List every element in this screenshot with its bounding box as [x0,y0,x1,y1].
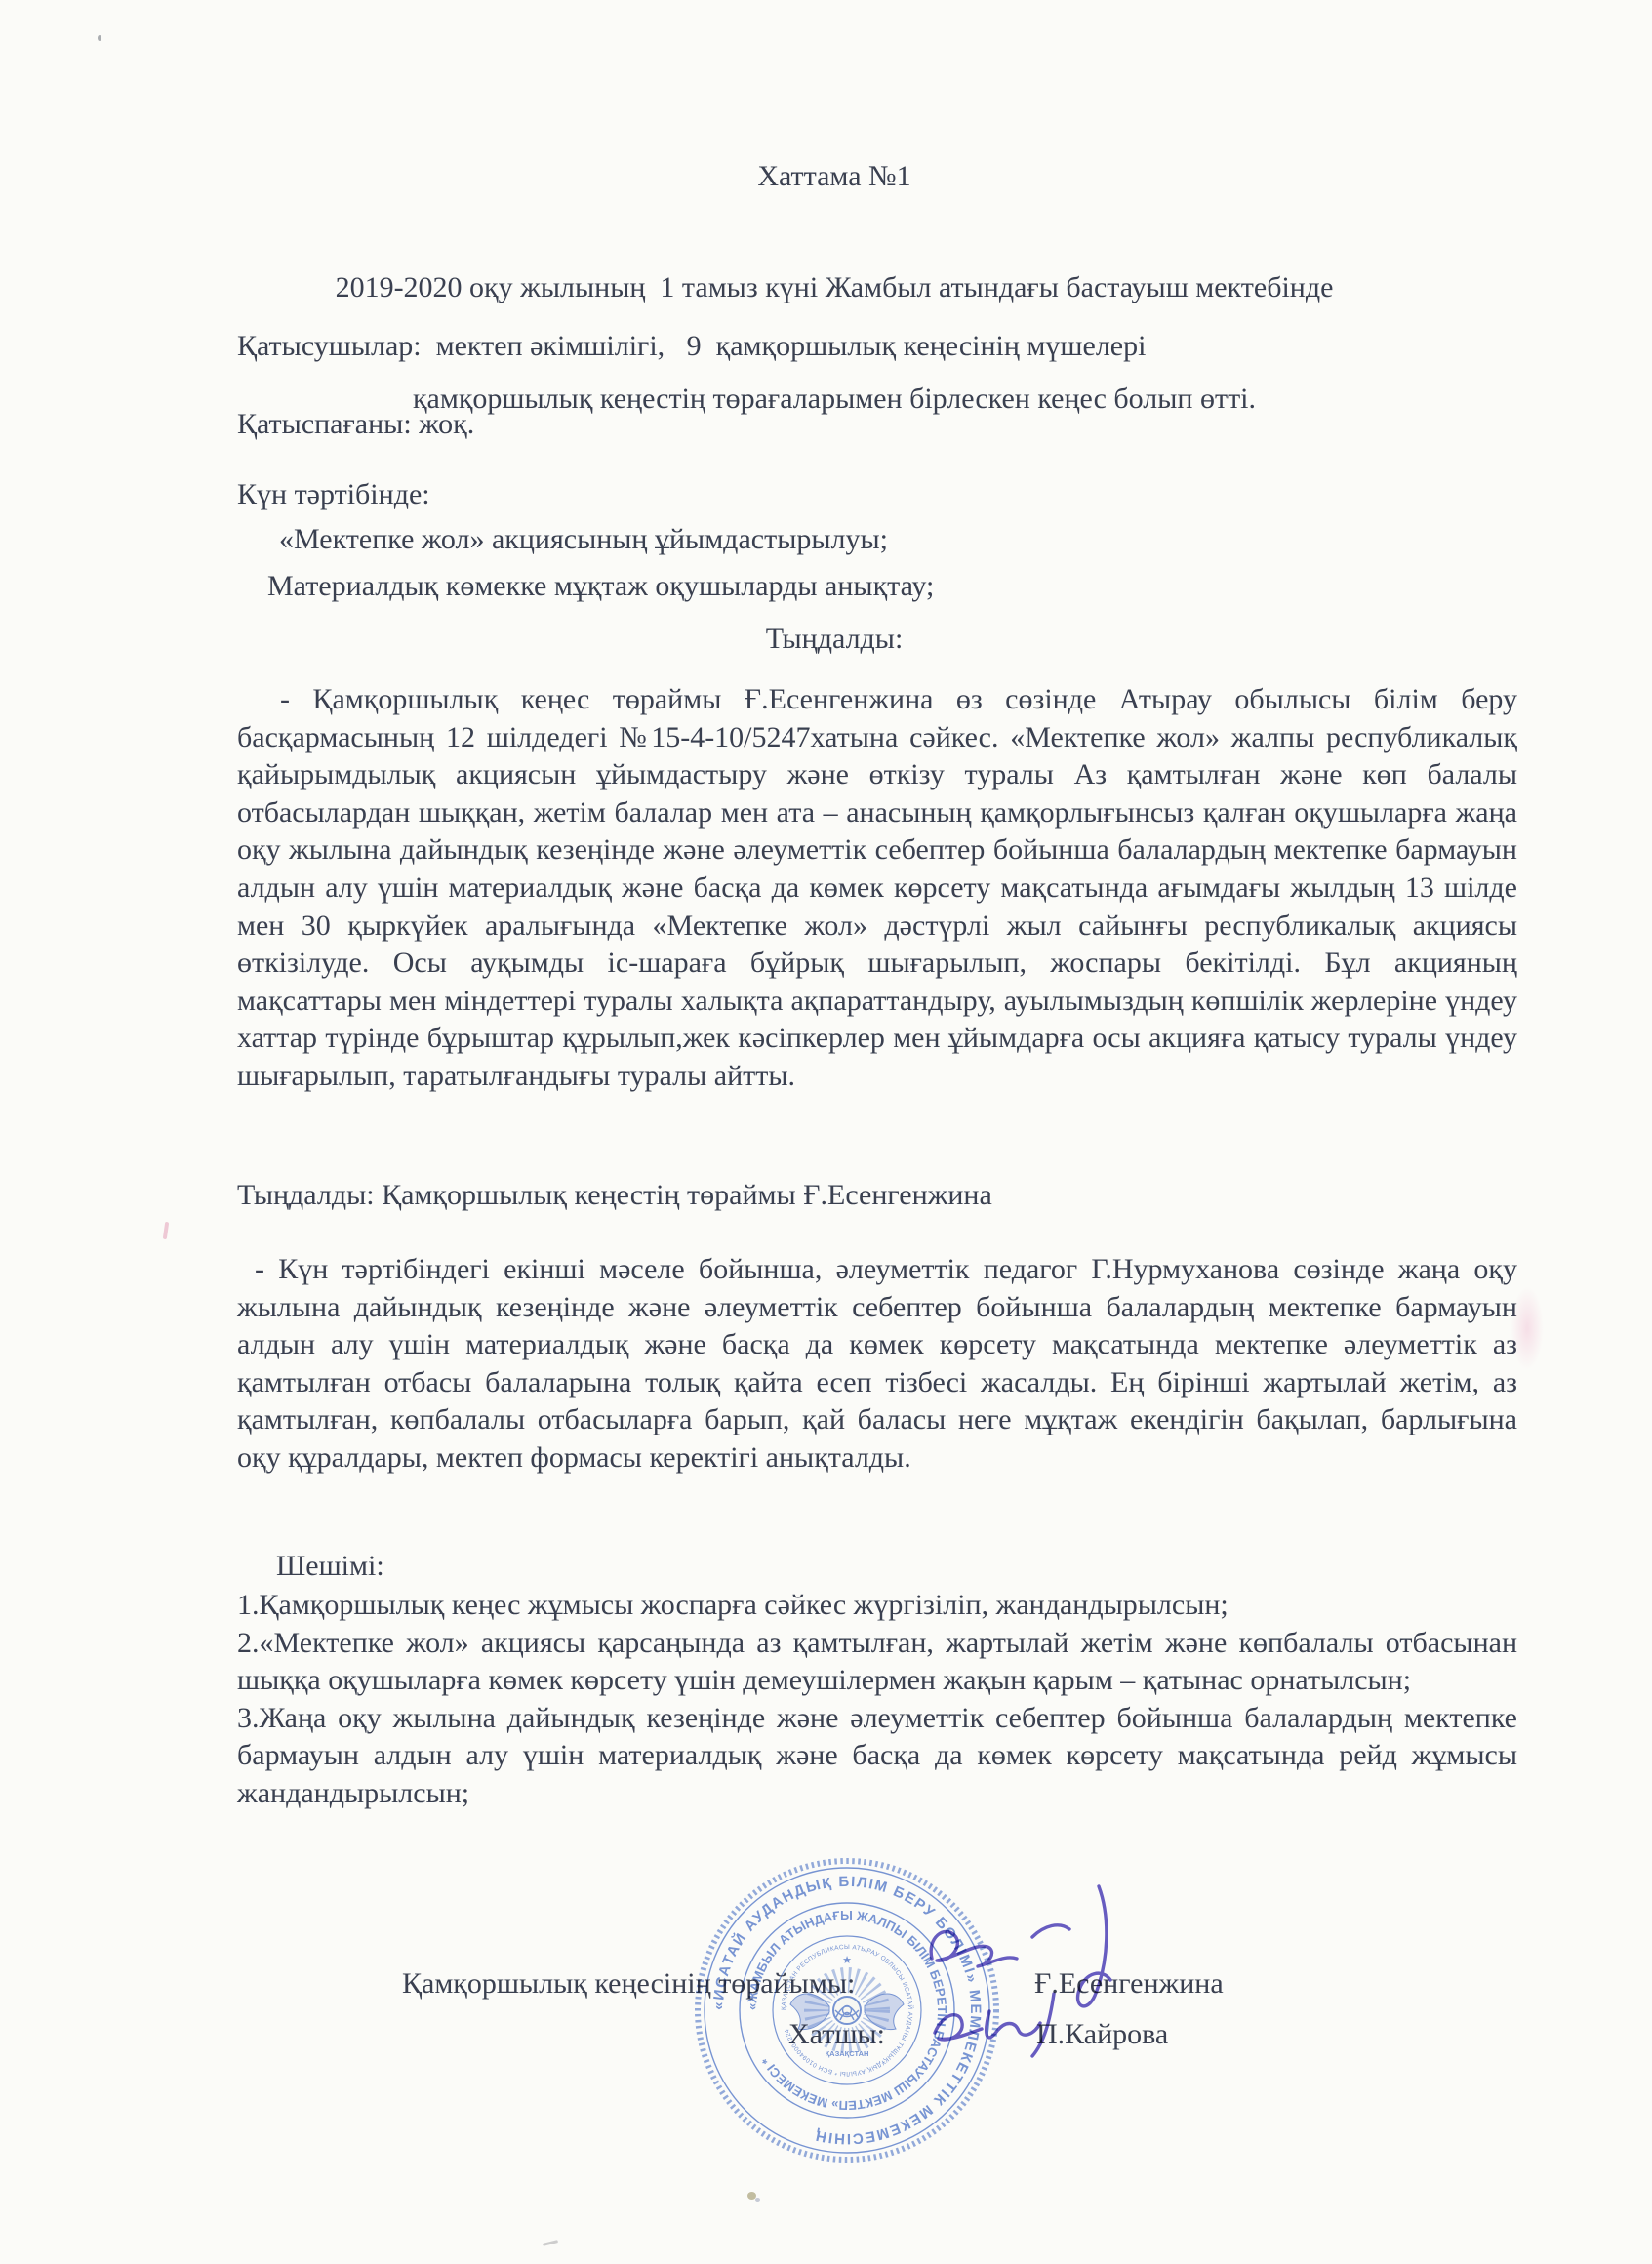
stamp-star-icon: ★ [842,1955,852,1966]
agenda-item-2: Материалдық көмекке мұқтаж оқушыларды ан… [267,568,934,605]
heard-line-2: Тыңдалды: Қамқоршылық кеңестің төраймы Ғ… [237,1177,992,1214]
scan-artifact-pink-tick [163,1222,169,1239]
agenda-heading: Күн тәртібінде: [237,476,430,513]
agenda-item-1: «Мектепке жол» акциясының ұйымдастырылуы… [279,521,888,558]
stamp-center-label: ҚАЗАҚСТАН [826,2049,869,2058]
scan-artifact-dash [543,2240,558,2246]
speech-paragraph-2: - Күн тәртібіндегі екінші мәселе бойынша… [237,1251,1517,1477]
signature-scribble-secretary [935,1994,1054,2056]
heard-heading: Тыңдалды: [185,621,1483,658]
participants-line: Қатысушылар: мектеп әкімшілігі, 9 қамқор… [237,328,1146,365]
stamp-coat-of-arms: ★ ҚАЗАҚСТАН [790,1955,904,2058]
signature-scribble-chairwoman [931,1886,1110,2006]
absent-line: Қатыспағаны: жоқ. [237,406,474,443]
scan-artifact-speck [747,2192,756,2200]
speech-paragraph-1: - Қамқоршылық кеңес төраймы Ғ.Есенгенжин… [237,681,1517,1096]
decision-item-1: 1.Қамқоршылық кеңес жұмысы жоспарға сәйк… [237,1587,1517,1625]
decision-heading: Шешімі: [276,1548,384,1585]
handwritten-signatures [907,1879,1151,2074]
scanned-protocol-page: Хаттама №1 2019-2020 оқу жылының 1 тамыз… [0,0,1652,2264]
decision-item-2: 2.«Мектепке жол» акциясы қарсаңында аз қ… [237,1625,1517,1700]
document-title: Хаттама №1 [185,158,1483,195]
decision-list: 1.Қамқоршылық кеңес жұмысы жоспарға сәйк… [237,1587,1517,1813]
decision-item-3: 3.Жаңа оқу жылына дайындық кезеңінде жән… [237,1700,1517,1813]
document-subtitle-line1: 2019-2020 оқу жылының 1 тамыз күні Жамбы… [185,269,1483,306]
scan-artifact-dot [98,35,101,41]
